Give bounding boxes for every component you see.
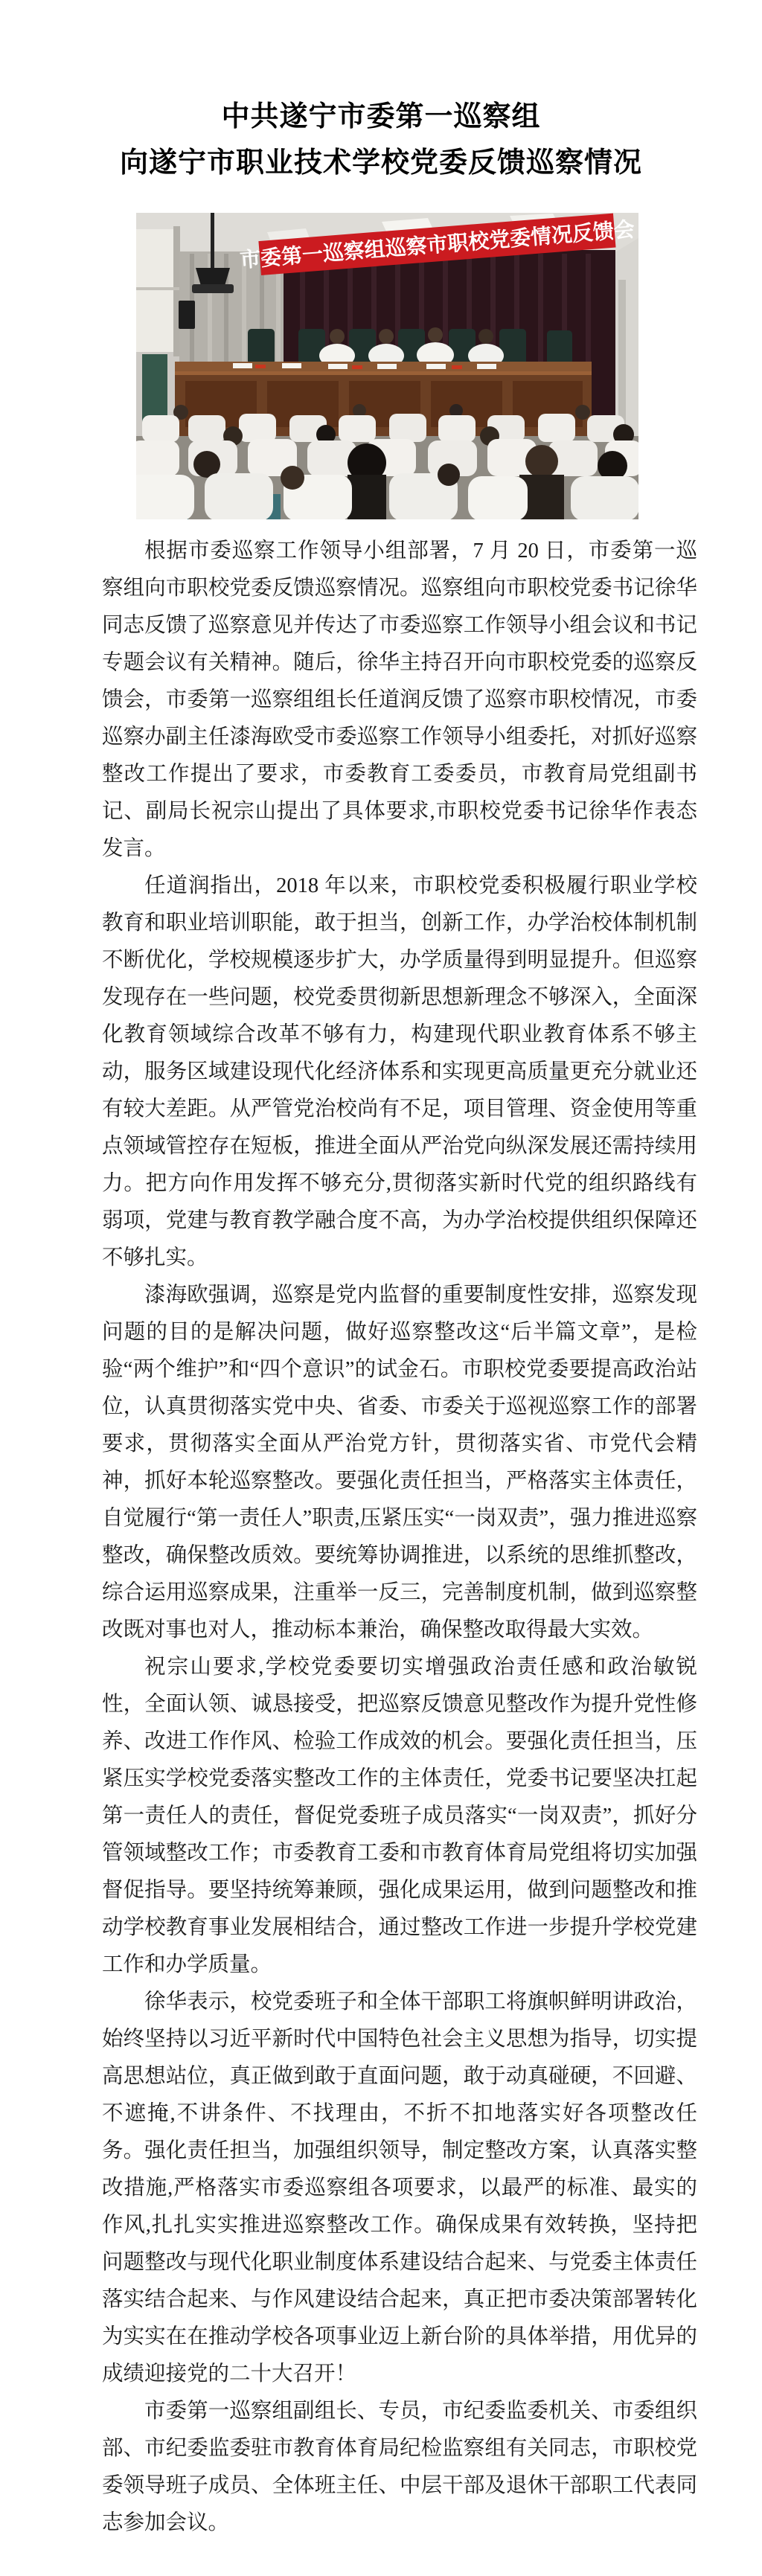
paragraph: 祝宗山要求,学校党委要切实增强政治责任感和政治敏锐性，全面认领、诚恳接受，把巡察… bbox=[102, 1649, 697, 1984]
paragraph: 任道润指出，2018 年以来，市职校党委积极履行职业学校教育和职业培训职能，敢于… bbox=[102, 868, 697, 1277]
meeting-photo-graphic: 市委第一巡察组巡察市职校党委情况反馈会 bbox=[136, 213, 638, 519]
article-body: 根据市委巡察工作领导小组部署，7 月 20 日，市委第一巡察组向市职校党委反馈巡… bbox=[102, 533, 697, 2542]
paragraph: 徐华表示，校党委班子和全体干部职工将旗帜鲜明讲政治，始终坚持以习近平新时代中国特… bbox=[102, 1984, 697, 2393]
page-title: 中共遂宁市委第一巡察组 向遂宁市职业技术学校党委反馈巡察情况 bbox=[0, 94, 762, 186]
paragraph: 漆海欧强调，巡察是党内监督的重要制度性安排，巡察发现问题的目的是解决问题，做好巡… bbox=[102, 1277, 697, 1649]
paragraph: 市委第一巡察组副组长、专员，市纪委监委机关、市委组织部、市纪委监委驻市教育体育局… bbox=[102, 2393, 697, 2542]
title-line-2: 向遂宁市职业技术学校党委反馈巡察情况 bbox=[0, 140, 762, 186]
meeting-photo: 市委第一巡察组巡察市职校党委情况反馈会 bbox=[136, 213, 638, 519]
article-page: 中共遂宁市委第一巡察组 向遂宁市职业技术学校党委反馈巡察情况 bbox=[0, 0, 762, 2576]
paragraph: 根据市委巡察工作领导小组部署，7 月 20 日，市委第一巡察组向市职校党委反馈巡… bbox=[102, 533, 697, 868]
title-line-1: 中共遂宁市委第一巡察组 bbox=[0, 94, 762, 140]
